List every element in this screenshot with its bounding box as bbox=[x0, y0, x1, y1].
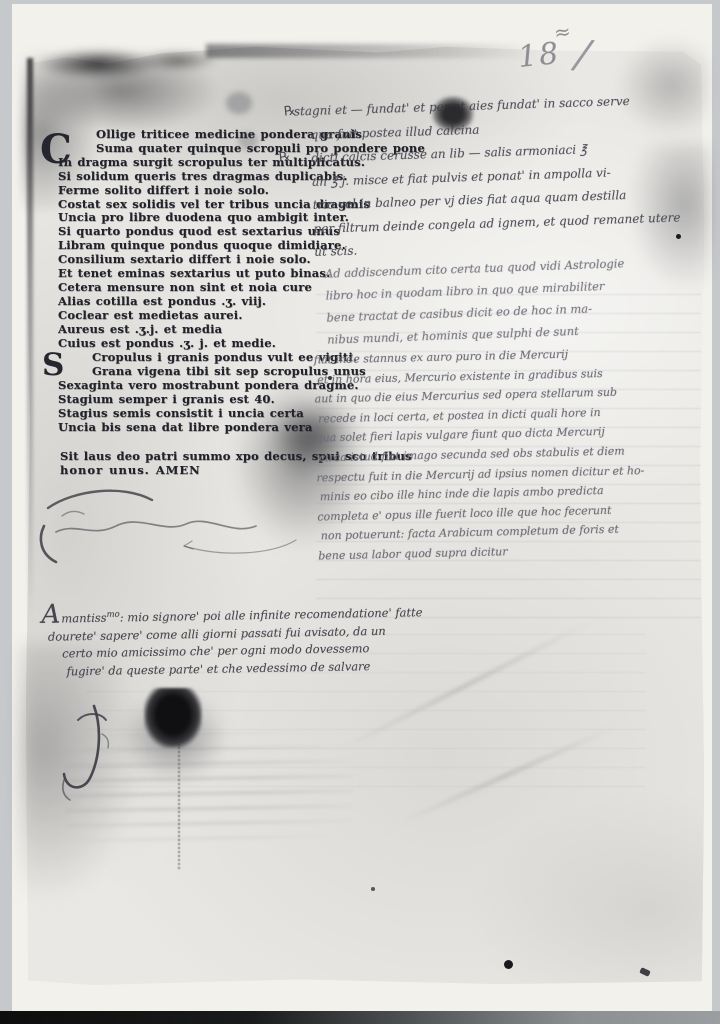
scribble-flourish bbox=[34, 476, 364, 571]
photo-bottom-edge bbox=[0, 1011, 720, 1024]
italian-line1-start: mantiss bbox=[61, 611, 107, 626]
alchemical-recipe-note: stagni et — fundat' et per et aies funda… bbox=[294, 88, 709, 265]
italian-line1-rest: : mio signore' poi alle infinite recomen… bbox=[120, 605, 423, 624]
superscript-mo: mo bbox=[107, 610, 120, 620]
astrology-note: Ad addiscendum cito certa tua quod vidi … bbox=[325, 249, 708, 350]
folio-number-digits: 18 bbox=[516, 36, 562, 75]
pen-trial-J-flourish bbox=[50, 694, 130, 809]
italian-lines: dourete' sapere' come alli giorni passat… bbox=[42, 621, 483, 681]
manuscript-photograph: ≈ 18 / C Ollige triticee medicine ponder… bbox=[0, 0, 720, 1024]
drop-cap-A: A bbox=[41, 600, 61, 630]
italian-letter-note: Amantissmo: mio signore' poi alle infini… bbox=[41, 600, 482, 681]
manuscript-page: ≈ 18 / C Ollige triticee medicine ponder… bbox=[26, 44, 704, 986]
mercury-image-note: fiat inde stannus ex auro puro in die Me… bbox=[314, 342, 714, 566]
recipe-rx-symbol: ℞ bbox=[278, 149, 291, 165]
